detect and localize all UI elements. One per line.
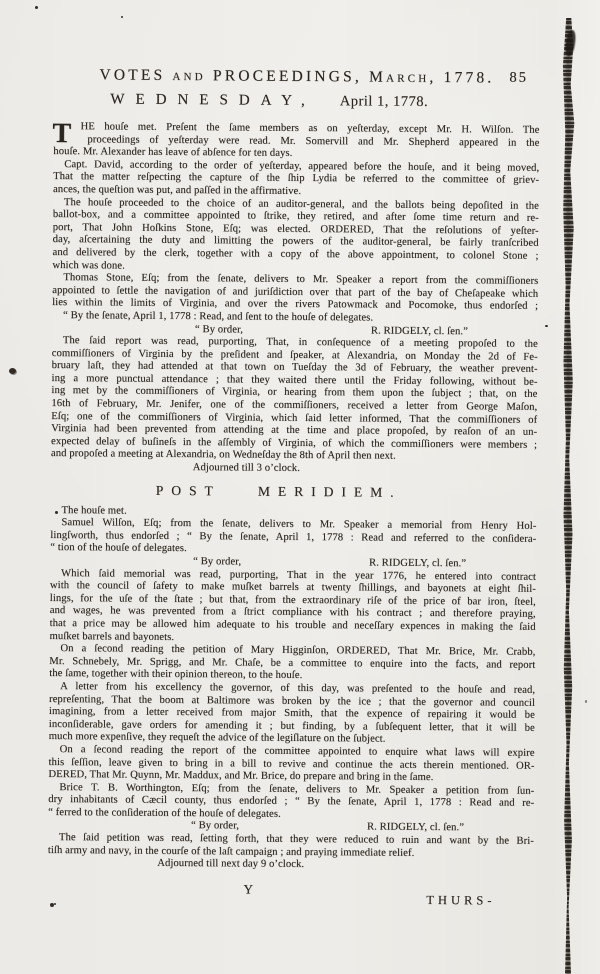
post-meridiem-heading: POST MERIDIEM. bbox=[51, 482, 537, 502]
session-date: April 1, 1778. bbox=[340, 93, 428, 110]
text-line: Adjourned till 3 o’clock. bbox=[51, 461, 537, 477]
morning-session-text: T HE houſe met. Preſent the ſame members… bbox=[51, 121, 540, 477]
by-order-label: “ By order, bbox=[191, 821, 239, 834]
day-heading: WEDNESDAY, bbox=[110, 91, 316, 109]
clerk-signature: R. RIDGELY, cl. ſen.” bbox=[371, 325, 468, 338]
session-heading: WEDNESDAY,April 1, 1778. bbox=[54, 90, 540, 118]
by-order-label: “ By order, bbox=[195, 324, 243, 337]
catchword: THURS- bbox=[426, 893, 495, 909]
by-order-label: “ By order, bbox=[193, 556, 241, 569]
signature-mark: Y bbox=[243, 881, 253, 897]
ink-speck bbox=[545, 325, 548, 327]
page-footer: Y THURS- bbox=[47, 878, 533, 912]
ink-speck bbox=[121, 16, 123, 18]
journal-title: VOTES and PROCEEDINGS, March, 1778. bbox=[99, 66, 494, 86]
text-line: Adjourned till next day 9 o’clock. bbox=[48, 857, 534, 873]
binding-edge bbox=[562, 18, 577, 974]
ink-speck bbox=[55, 511, 58, 514]
ink-speck bbox=[50, 903, 54, 907]
drop-cap: T bbox=[52, 121, 71, 147]
ink-speck bbox=[35, 6, 38, 9]
clerk-signature: R. RIDGELY, cl. ſen.” bbox=[369, 557, 466, 570]
ink-speck bbox=[9, 368, 16, 374]
page-number: 85 bbox=[509, 70, 528, 87]
ink-speck bbox=[585, 700, 587, 703]
afternoon-session-text: The houſe met.Samuel Wilſon, Eſq; from t… bbox=[48, 505, 537, 874]
clerk-signature: R. RIDGELY, cl. ſen.” bbox=[367, 822, 464, 835]
document-page: VOTES and PROCEEDINGS, March, 1778. 85 W… bbox=[0, 0, 600, 974]
page-text-block: VOTES and PROCEEDINGS, March, 1778. 85 W… bbox=[47, 66, 540, 912]
running-header: VOTES and PROCEEDINGS, March, 1778. 85 bbox=[54, 66, 540, 92]
